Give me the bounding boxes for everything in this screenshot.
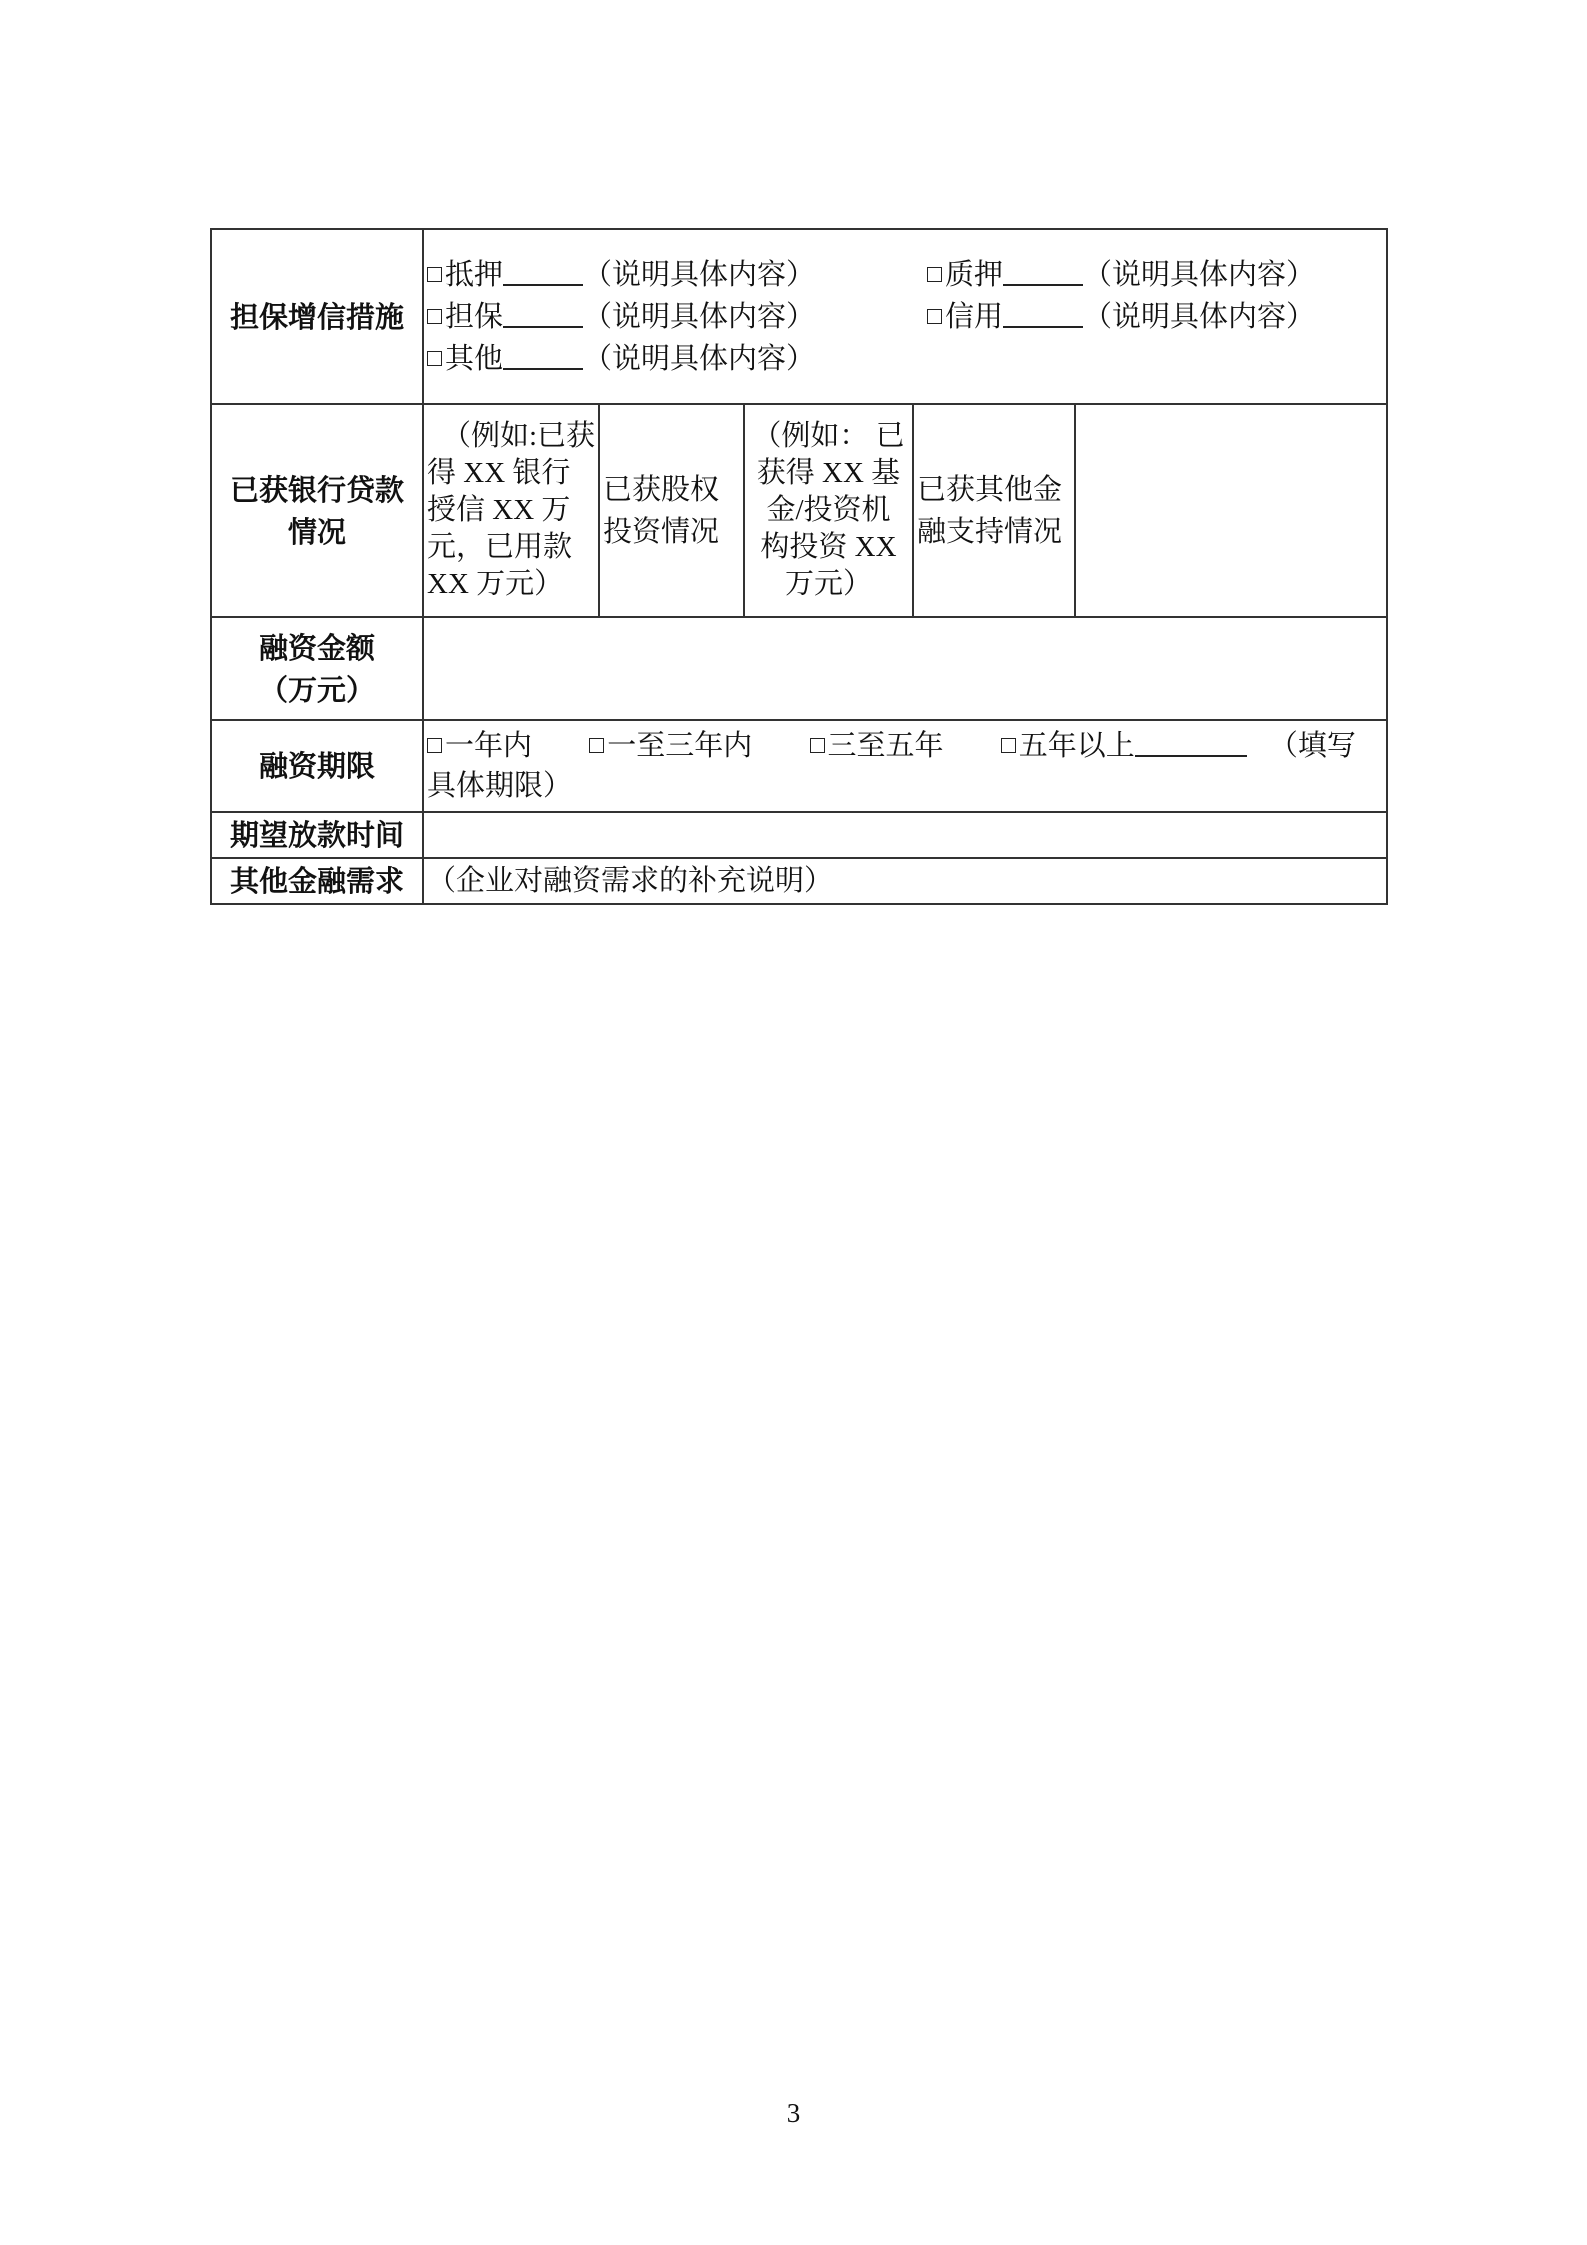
option-1-to-3-years[interactable]: 一至三年内 — [589, 730, 752, 762]
checkbox-icon[interactable] — [589, 738, 604, 753]
blank-line[interactable] — [503, 340, 583, 370]
guarantee-label: 担保增信措施 — [211, 229, 423, 404]
checkbox-icon[interactable] — [1001, 738, 1016, 753]
page-number: 3 — [0, 2098, 1587, 2129]
amount-value[interactable] — [423, 617, 1387, 720]
equity-investment-label: 已获股权 投资情况 — [599, 404, 744, 617]
blank-line[interactable] — [1003, 256, 1083, 286]
row-existing-support: 已获银行贷款 情况 （例如:已获 得 XX 银行 授信 XX 万 元，已用款 X… — [211, 404, 1387, 617]
option-other[interactable]: 其他（说明具体内容） — [427, 338, 927, 380]
checkbox-icon[interactable] — [927, 309, 942, 324]
checkbox-icon[interactable] — [427, 267, 442, 282]
bank-loan-value[interactable]: （例如:已获 得 XX 银行 授信 XX 万 元，已用款 XX 万元） — [423, 404, 599, 617]
blank-line[interactable] — [1003, 298, 1083, 328]
disbursement-value[interactable] — [423, 812, 1387, 858]
other-financial-support-label: 已获其他金 融支持情况 — [913, 404, 1075, 617]
option-within-1-year[interactable]: 一年内 — [427, 730, 532, 762]
option-over-5-years[interactable]: 五年以上 — [1001, 730, 1135, 762]
row-guarantee: 担保增信措施 抵押（说明具体内容） 担保（说明具体内容） 其他（说明具体内容） … — [211, 229, 1387, 404]
other-needs-label: 其他金融需求 — [211, 858, 423, 904]
checkbox-icon[interactable] — [427, 309, 442, 324]
blank-line[interactable] — [1135, 727, 1247, 757]
financing-needs-table: 担保增信措施 抵押（说明具体内容） 担保（说明具体内容） 其他（说明具体内容） … — [210, 228, 1388, 905]
row-disbursement: 期望放款时间 — [211, 812, 1387, 858]
checkbox-icon[interactable] — [427, 351, 442, 366]
term-label: 融资期限 — [211, 720, 423, 812]
row-other-needs: 其他金融需求 （企业对融资需求的补充说明） — [211, 858, 1387, 904]
blank-line[interactable] — [503, 298, 583, 328]
option-guaranty[interactable]: 担保（说明具体内容） — [427, 296, 927, 338]
option-mortgage[interactable]: 抵押（说明具体内容） — [427, 254, 927, 296]
blank-line[interactable] — [503, 256, 583, 286]
row-amount: 融资金额 （万元） — [211, 617, 1387, 720]
checkbox-icon[interactable] — [927, 267, 942, 282]
option-pledge[interactable]: 质押（说明具体内容） — [927, 254, 1315, 296]
option-3-to-5-years[interactable]: 三至五年 — [810, 730, 944, 762]
checkbox-icon[interactable] — [427, 738, 442, 753]
amount-label: 融资金额 （万元） — [211, 617, 423, 720]
checkbox-icon[interactable] — [810, 738, 825, 753]
guarantee-options: 抵押（说明具体内容） 担保（说明具体内容） 其他（说明具体内容） 质押（说明具体… — [423, 229, 1387, 404]
other-financial-support-value[interactable] — [1075, 404, 1387, 617]
option-credit[interactable]: 信用（说明具体内容） — [927, 296, 1315, 338]
row-term: 融资期限 一年内 一至三年内 三至五年 五年以上（填写 具体期限） — [211, 720, 1387, 812]
other-needs-value[interactable]: （企业对融资需求的补充说明） — [423, 858, 1387, 904]
disbursement-label: 期望放款时间 — [211, 812, 423, 858]
term-options: 一年内 一至三年内 三至五年 五年以上（填写 具体期限） — [423, 720, 1387, 812]
equity-investment-value[interactable]: （例如： 已 获得 XX 基 金/投资机 构投资 XX 万元） — [744, 404, 913, 617]
bank-loan-label: 已获银行贷款 情况 — [211, 404, 423, 617]
